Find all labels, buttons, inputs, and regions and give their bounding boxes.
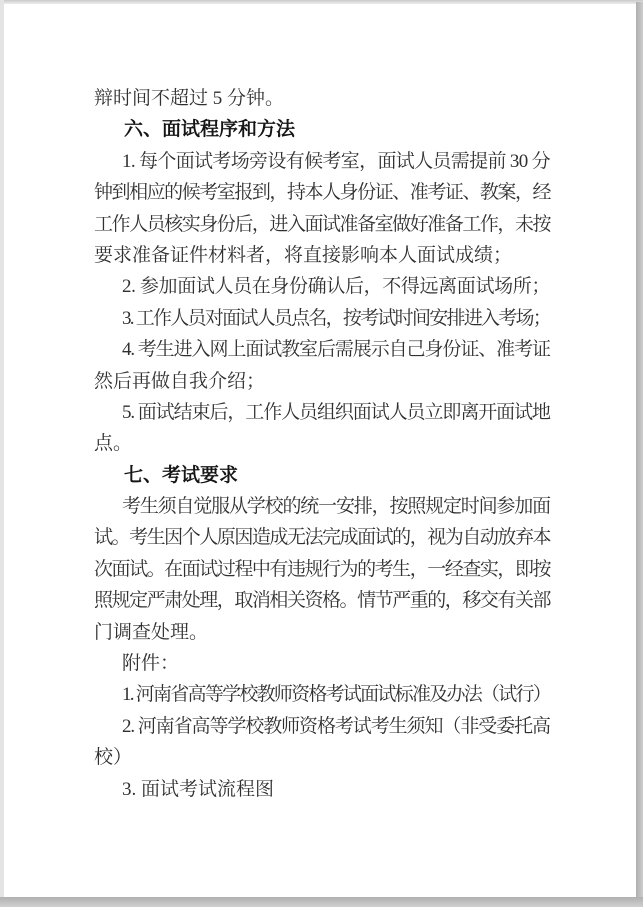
text-line-content: 次面试。在面试过程中有违规行为的考生，一经查实，即按 bbox=[94, 559, 550, 580]
text-line-content: 3. 工作人员对面试人员点名，按考试时间安排进入考场； bbox=[122, 308, 550, 329]
text-line: 试。考生因个人原因造成无法完成面试的，视为自动放弃本 bbox=[94, 522, 550, 553]
text-line-content: 七、考试要求 bbox=[124, 465, 238, 486]
text-line-content: 1. 河南省高等学校教师资格考试面试标准及办法（试行） bbox=[122, 684, 550, 705]
page-shadow-bottom bbox=[0, 897, 643, 907]
text-line: 3. 面试考试流程图 bbox=[94, 774, 550, 805]
page-shadow-right bbox=[636, 2, 643, 907]
text-line: 3. 工作人员对面试人员点名，按考试时间安排进入考场； bbox=[94, 303, 550, 334]
text-line-content: 点。 bbox=[94, 433, 132, 454]
text-line: 照规定严肃处理，取消相关资格。情节严重的，移交有关部 bbox=[94, 585, 550, 616]
text-line-content: 2. 参加面试人员在身份确认后，不得远离面试场所； bbox=[122, 276, 550, 297]
text-line-content: 门调查处理。 bbox=[94, 622, 208, 643]
text-line-content: 校） bbox=[94, 747, 132, 768]
page-content: 辩时间不超过 5 分钟。六、面试程序和方法1. 每个面试考场旁设有候考室，面试人… bbox=[94, 83, 550, 805]
text-line-content: 考生须自觉服从学校的统一安排，按照规定时间参加面 bbox=[122, 496, 550, 517]
document-viewport: 辩时间不超过 5 分钟。六、面试程序和方法1. 每个面试考场旁设有候考室，面试人… bbox=[0, 0, 643, 907]
text-line-content: 照规定严肃处理，取消相关资格。情节严重的，移交有关部 bbox=[94, 590, 550, 611]
text-line: 要求准备证件材料者，将直接影响本人面试成绩； bbox=[94, 240, 550, 271]
text-line: 钟到相应的候考室报到，持本人身份证、准考证、教案，经 bbox=[94, 177, 550, 208]
text-line: 然后再做自我介绍； bbox=[94, 366, 550, 397]
text-line: 4. 考生进入网上面试教室后需展示自己身份证、准考证 bbox=[94, 334, 550, 365]
text-line: 校） bbox=[94, 742, 550, 773]
text-line-content: 3. 面试考试流程图 bbox=[122, 779, 274, 800]
text-line: 1. 每个面试考场旁设有候考室，面试人员需提前 30 分 bbox=[94, 146, 550, 177]
text-line-content: 附件： bbox=[122, 653, 179, 674]
text-line: 2. 河南省高等学校教师资格考试考生须知（非受委托高 bbox=[94, 711, 550, 742]
text-line-content: 六、面试程序和方法 bbox=[124, 119, 295, 140]
text-line: 辩时间不超过 5 分钟。 bbox=[94, 83, 550, 114]
text-line: 点。 bbox=[94, 428, 550, 459]
text-line: 门调查处理。 bbox=[94, 617, 550, 648]
text-line-content: 1. 每个面试考场旁设有候考室，面试人员需提前 30 分 bbox=[122, 151, 550, 172]
text-line-content: 工作人员核实身份后，进入面试准备室做好准备工作，未按 bbox=[94, 214, 550, 235]
text-line-content: 2. 河南省高等学校教师资格考试考生须知（非受委托高 bbox=[122, 716, 550, 737]
text-line-content: 要求准备证件材料者，将直接影响本人面试成绩； bbox=[94, 245, 512, 266]
text-line-content: 4. 考生进入网上面试教室后需展示自己身份证、准考证 bbox=[122, 339, 550, 360]
text-line: 考生须自觉服从学校的统一安排，按照规定时间参加面 bbox=[94, 491, 550, 522]
text-line-content: 5. 面试结束后，工作人员组织面试人员立即离开面试地 bbox=[122, 402, 550, 423]
text-line: 5. 面试结束后，工作人员组织面试人员立即离开面试地 bbox=[94, 397, 550, 428]
document-page: 辩时间不超过 5 分钟。六、面试程序和方法1. 每个面试考场旁设有候考室，面试人… bbox=[4, 4, 636, 897]
text-line-content: 辩时间不超过 5 分钟。 bbox=[94, 88, 284, 109]
text-line-content: 然后再做自我介绍； bbox=[94, 371, 265, 392]
text-line-content: 钟到相应的候考室报到，持本人身份证、准考证、教案，经 bbox=[94, 182, 550, 203]
text-line: 次面试。在面试过程中有违规行为的考生，一经查实，即按 bbox=[94, 554, 550, 585]
text-line: 1. 河南省高等学校教师资格考试面试标准及办法（试行） bbox=[94, 679, 550, 710]
text-line-content: 试。考生因个人原因造成无法完成面试的，视为自动放弃本 bbox=[94, 527, 550, 548]
section-heading: 七、考试要求 bbox=[94, 460, 550, 491]
text-line: 工作人员核实身份后，进入面试准备室做好准备工作，未按 bbox=[94, 209, 550, 240]
text-line: 附件： bbox=[94, 648, 550, 679]
section-heading: 六、面试程序和方法 bbox=[94, 114, 550, 145]
text-line: 2. 参加面试人员在身份确认后，不得远离面试场所； bbox=[94, 271, 550, 302]
